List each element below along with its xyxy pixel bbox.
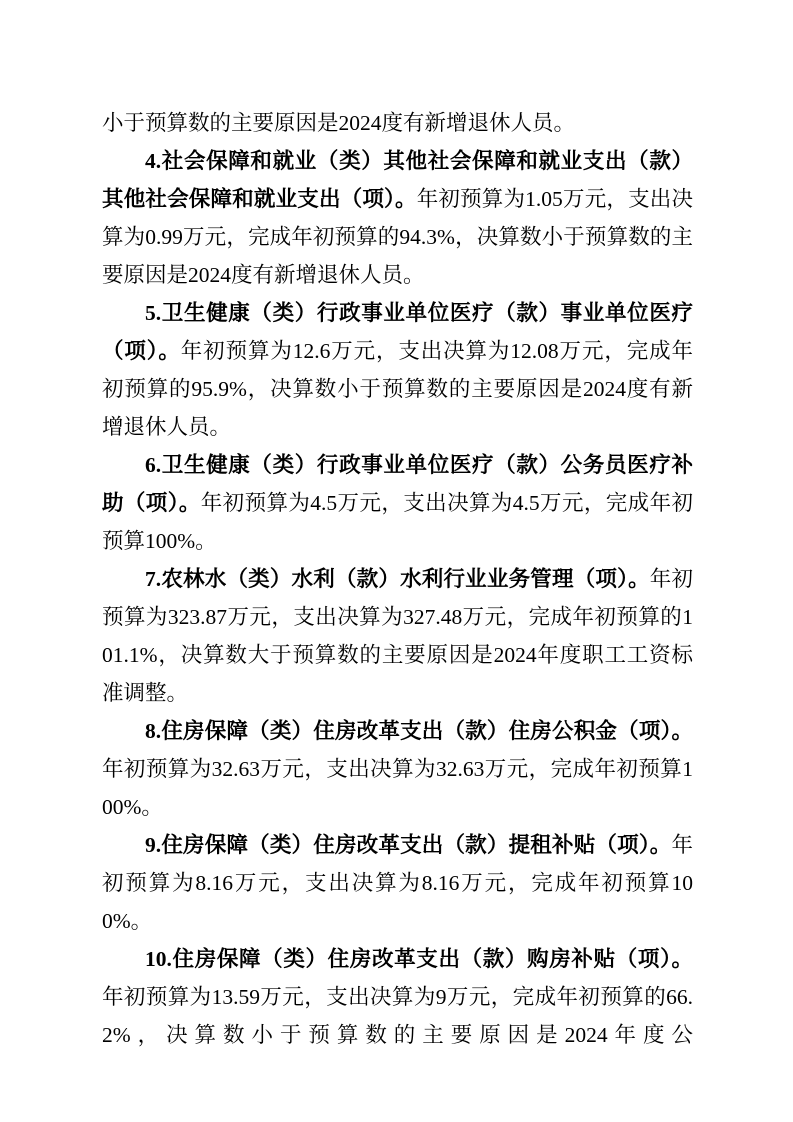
paragraph-lead: 9.住房保障（类）住房改革支出（款）提租补贴（项）。 xyxy=(145,833,671,857)
paragraph: 5.卫生健康（类）行政事业单位医疗（款）事业单位医疗（项）。年初预算为12.6万… xyxy=(102,294,693,446)
paragraph-lead: 8.住房保障（类）住房改革支出（款）住房公积金（项）。 xyxy=(145,719,693,743)
document-page: 小于预算数的主要原因是2024度有新增退休人员。 4.社会保障和就业（类）其他社… xyxy=(0,0,793,1122)
paragraph-text: 小于预算数的主要原因是2024度有新增退休人员。 xyxy=(102,111,575,135)
paragraph: 4.社会保障和就业（类）其他社会保障和就业支出（款）其他社会保障和就业支出（项）… xyxy=(102,142,693,294)
paragraph: 6.卫生健康（类）行政事业单位医疗（款）公务员医疗补助（项）。年初预算为4.5万… xyxy=(102,446,693,560)
paragraph-text: 年初预算为32.63万元，支出决算为32.63万元，完成年初预算100%。 xyxy=(102,757,693,819)
paragraph: 9.住房保障（类）住房改革支出（款）提租补贴（项）。年初预算为8.16万元，支出… xyxy=(102,826,693,940)
paragraph: 8.住房保障（类）住房改革支出（款）住房公积金（项）。年初预算为32.63万元，… xyxy=(102,712,693,826)
paragraph: 小于预算数的主要原因是2024度有新增退休人员。 xyxy=(102,104,693,142)
paragraph: 10.住房保障（类）住房改革支出（款）购房补贴（项）。年初预算为13.59万元，… xyxy=(102,940,693,1054)
paragraph-lead: 7.农林水（类）水利（款）水利行业业务管理（项）。 xyxy=(145,567,650,591)
paragraph: 7.农林水（类）水利（款）水利行业业务管理（项）。年初预算为323.87万元，支… xyxy=(102,560,693,712)
paragraph-text: 年初预算为12.6万元，支出决算为12.08万元，完成年初预算的95.9%，决算… xyxy=(102,339,693,439)
document-body: 小于预算数的主要原因是2024度有新增退休人员。 4.社会保障和就业（类）其他社… xyxy=(102,104,693,1054)
paragraph-lead: 10.住房保障（类）住房改革支出（款）购房补贴（项）。 xyxy=(145,947,693,971)
paragraph-text: 年初预算为13.59万元，支出决算为9万元，完成年初预算的66.2%，决算数小于… xyxy=(102,985,693,1047)
